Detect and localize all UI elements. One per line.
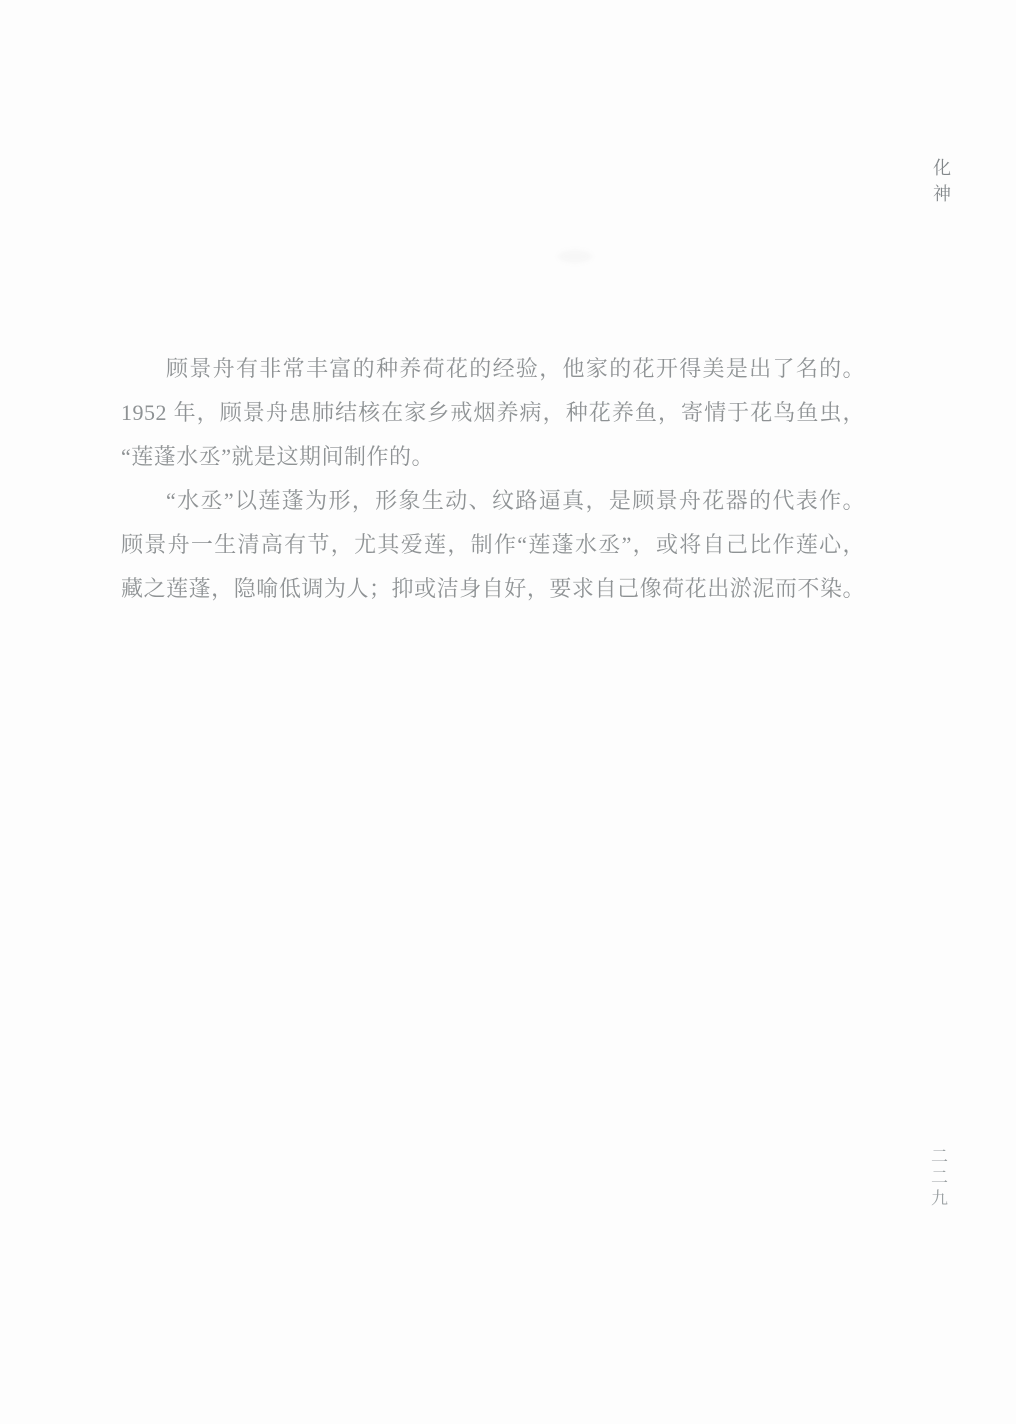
page-number: 二二九 (925, 1147, 950, 1210)
text-line: 顾景舟一生清高有节，尤其爱莲，制作“莲蓬水丞”，或将自己比作莲心， (121, 523, 865, 567)
text-line: 顾景舟有非常丰富的种养荷花的经验，他家的花开得美是出了名的。 (121, 347, 865, 391)
scan-smudge (558, 250, 592, 263)
text-line: 1952 年，顾景舟患肺结核在家乡戒烟养病，种花养鱼，寄情于花鸟鱼虫， (121, 391, 865, 435)
chapter-margin-label: 化神 (928, 158, 954, 210)
body-text: 顾景舟有非常丰富的种养荷花的经验，他家的花开得美是出了名的。1952 年，顾景舟… (121, 347, 865, 611)
book-page: 化神 顾景舟有非常丰富的种养荷花的经验，他家的花开得美是出了名的。1952 年，… (0, 0, 1016, 1424)
text-line: 藏之莲蓬，隐喻低调为人；抑或洁身自好，要求自己像荷花出淤泥而不染。 (121, 567, 865, 611)
text-line: “莲蓬水丞”就是这期间制作的。 (121, 435, 865, 479)
text-line: “水丞”以莲蓬为形，形象生动、纹路逼真，是顾景舟花器的代表作。 (121, 479, 865, 523)
